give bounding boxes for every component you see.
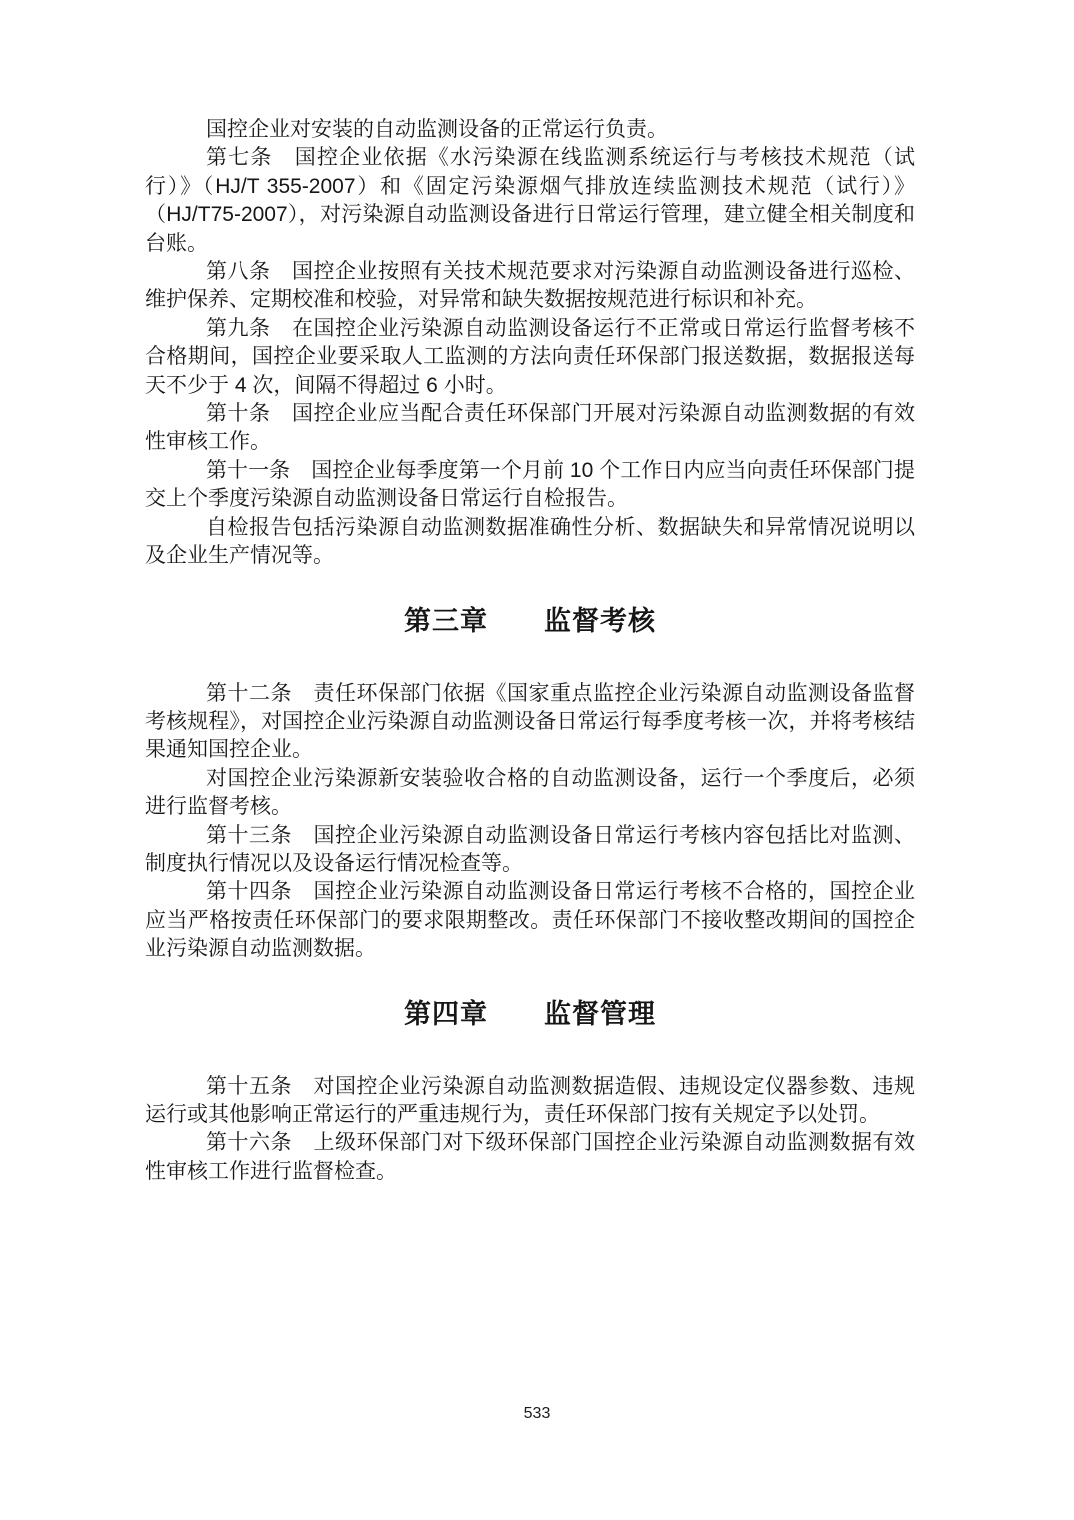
paragraph: 第十六条 上级环保部门对下级环保部门国控企业污染源自动监测数据有效性审核工作进行… bbox=[145, 1129, 915, 1186]
page-number: 533 bbox=[0, 1404, 1074, 1424]
paragraph: 自检报告包括污染源自动监测数据准确性分析、数据缺失和异常情况说明以及企业生产情况… bbox=[145, 514, 915, 571]
paragraph: 第八条 国控企业按照有关技术规范要求对污染源自动监测设备进行巡检、维护保养、定期… bbox=[145, 258, 915, 315]
paragraph: 第十三条 国控企业污染源自动监测设备日常运行考核内容包括比对监测、制度执行情况以… bbox=[145, 822, 915, 879]
document-body: 国控企业对安装的自动监测设备的正常运行负责。第七条 国控企业依据《水污染源在线监… bbox=[145, 116, 915, 1186]
paragraph: 第十四条 国控企业污染源自动监测设备日常运行考核不合格的，国控企业应当严格按责任… bbox=[145, 878, 915, 963]
chapter-heading: 第四章 监督管理 bbox=[145, 994, 915, 1034]
paragraph: 第十条 国控企业应当配合责任环保部门开展对污染源自动监测数据的有效性审核工作。 bbox=[145, 400, 915, 457]
paragraph: 第九条 在国控企业污染源自动监测设备运行不正常或日常运行监督考核不合格期间，国控… bbox=[145, 315, 915, 400]
paragraph: 第十五条 对国控企业污染源自动监测数据造假、违规设定仪器参数、违规运行或其他影响… bbox=[145, 1073, 915, 1130]
document-page: 国控企业对安装的自动监测设备的正常运行负责。第七条 国控企业依据《水污染源在线监… bbox=[0, 0, 1074, 1520]
paragraph: 第十二条 责任环保部门依据《国家重点监控企业污染源自动监测设备监督考核规程》，对… bbox=[145, 680, 915, 765]
paragraph: 第十一条 国控企业每季度第一个月前 10 个工作日内应当向责任环保部门提交上个季… bbox=[145, 457, 915, 514]
paragraph: 第七条 国控企业依据《水污染源在线监测系统运行与考核技术规范（试行）》（HJ/T… bbox=[145, 144, 915, 258]
paragraph: 对国控企业污染源新安装验收合格的自动监测设备，运行一个季度后，必须进行监督考核。 bbox=[145, 765, 915, 822]
paragraph: 国控企业对安装的自动监测设备的正常运行负责。 bbox=[145, 116, 915, 144]
chapter-heading: 第三章 监督考核 bbox=[145, 601, 915, 641]
